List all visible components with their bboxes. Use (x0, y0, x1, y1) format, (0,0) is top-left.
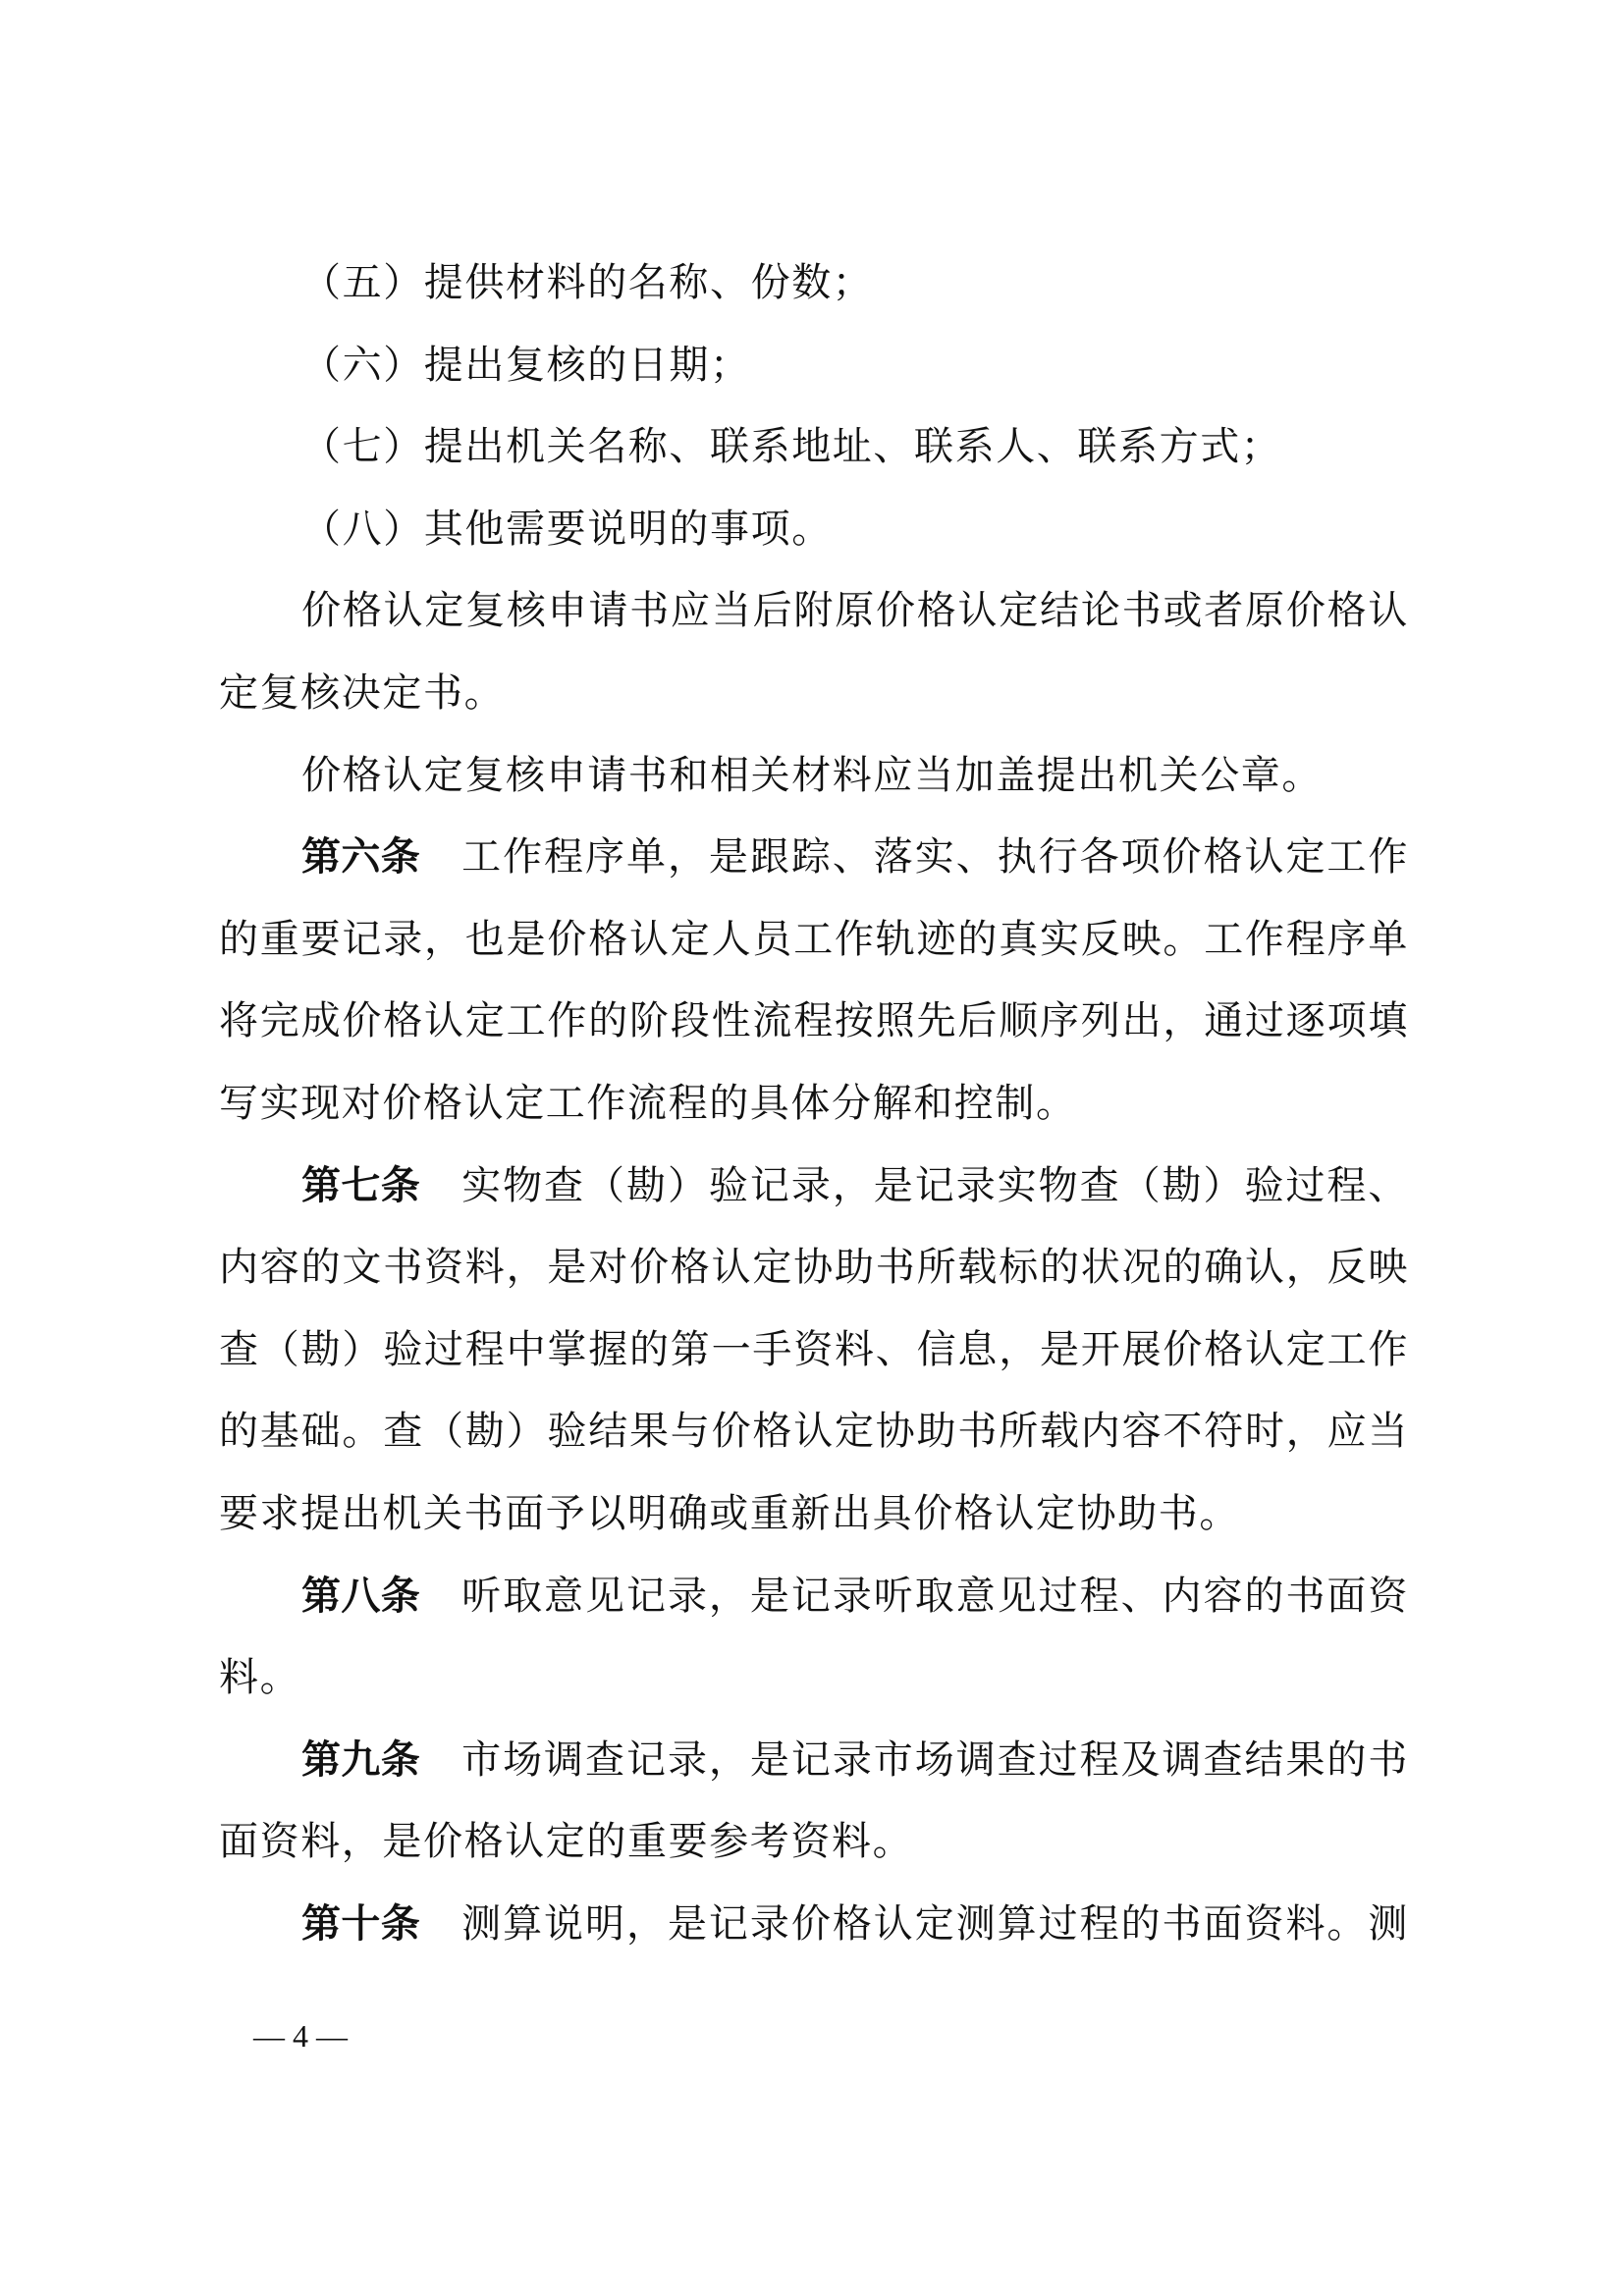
page-number: — 4 — (253, 2014, 348, 2057)
line-text: 工作程序单，是跟踪、落实、执行各项价格认定工作 (461, 834, 1409, 880)
line-text: （七）提出机关名称、联系地址、联系人、联系方式； (301, 424, 1281, 469)
article-7-line: 第七条实物查（勘）验记录，是记录实物查（勘）验过程、 (219, 1146, 1409, 1228)
list-item-six: （六）提出复核的日期； (219, 325, 1409, 407)
paragraph-line: 面资料，是价格认定的重要参考资料。 (219, 1801, 1409, 1884)
article-heading: 第七条 (301, 1163, 420, 1208)
article-9-line: 第九条市场调查记录，是记录市场调查过程及调查结果的书 (219, 1720, 1409, 1802)
list-item-seven: （七）提出机关名称、联系地址、联系人、联系方式； (219, 406, 1409, 489)
line-text: 要求提出机关书面予以明确或重新出具价格认定协助书。 (219, 1491, 1240, 1536)
line-text: 定复核决定书。 (219, 670, 505, 716)
line-text: 价格认定复核申请书应当后附原价格认定结论书或者原价格认 (301, 588, 1409, 633)
document-body: （五）提供材料的名称、份数； （六）提出复核的日期； （七）提出机关名称、联系地… (219, 242, 1409, 1965)
paragraph-line: 将完成价格认定工作的阶段性流程按照先后顺序列出，通过逐项填 (219, 981, 1409, 1063)
article-6-line: 第六条工作程序单，是跟踪、落实、执行各项价格认定工作 (219, 817, 1409, 899)
document-page: （五）提供材料的名称、份数； （六）提出复核的日期； （七）提出机关名称、联系地… (0, 0, 1623, 2296)
line-text: 的基础。查（勘）验结果与价格认定协助书所载内容不符时，应当 (219, 1409, 1409, 1454)
list-item-five: （五）提供材料的名称、份数； (219, 242, 1409, 325)
paragraph-line: 料。 (219, 1637, 1409, 1720)
line-text: 查（勘）验过程中掌握的第一手资料、信息，是开展价格认定工作 (219, 1327, 1409, 1372)
list-item-eight: （八）其他需要说明的事项。 (219, 489, 1409, 571)
paragraph-line: 要求提出机关书面予以明确或重新出具价格认定协助书。 (219, 1473, 1409, 1556)
line-text: 听取意见记录，是记录听取意见过程、内容的书面资 (461, 1574, 1409, 1619)
article-heading: 第六条 (301, 834, 420, 880)
paragraph-line: 查（勘）验过程中掌握的第一手资料、信息，是开展价格认定工作 (219, 1309, 1409, 1392)
article-heading: 第十条 (301, 1901, 420, 1947)
line-text: 实物查（勘）验记录，是记录实物查（勘）验过程、 (461, 1163, 1409, 1208)
line-text: 面资料，是价格认定的重要参考资料。 (219, 1819, 913, 1864)
line-text: 内容的文书资料，是对价格认定协助书所载标的状况的确认，反映 (219, 1245, 1409, 1290)
line-text: （五）提供材料的名称、份数； (301, 260, 873, 305)
line-text: 写实现对价格认定工作流程的具体分解和控制。 (219, 1081, 1077, 1126)
article-heading: 第八条 (301, 1574, 420, 1619)
paragraph-line: 定复核决定书。 (219, 653, 1409, 735)
line-text: 料。 (219, 1655, 300, 1700)
line-text: 市场调查记录，是记录市场调查过程及调查结果的书 (461, 1737, 1409, 1783)
paragraph-line: 的基础。查（勘）验结果与价格认定协助书所载内容不符时，应当 (219, 1391, 1409, 1473)
article-heading: 第九条 (301, 1737, 420, 1783)
line-text: （六）提出复核的日期； (301, 343, 751, 388)
article-10-line: 第十条测算说明，是记录价格认定测算过程的书面资料。测 (219, 1884, 1409, 1966)
paragraph-line: 内容的文书资料，是对价格认定协助书所载标的状况的确认，反映 (219, 1227, 1409, 1309)
article-8-line: 第八条听取意见记录，是记录听取意见过程、内容的书面资 (219, 1556, 1409, 1638)
paragraph-line: 价格认定复核申请书应当后附原价格认定结论书或者原价格认 (219, 570, 1409, 653)
line-text: 测算说明，是记录价格认定测算过程的书面资料。测 (461, 1901, 1409, 1947)
line-text: 价格认定复核申请书和相关材料应当加盖提出机关公章。 (301, 753, 1323, 798)
paragraph-line: 的重要记录，也是价格认定人员工作轨迹的真实反映。工作程序单 (219, 899, 1409, 982)
paragraph-line: 写实现对价格认定工作流程的具体分解和控制。 (219, 1063, 1409, 1146)
line-text: （八）其他需要说明的事项。 (301, 507, 833, 552)
line-text: 的重要记录，也是价格认定人员工作轨迹的真实反映。工作程序单 (219, 917, 1409, 962)
line-text: 将完成价格认定工作的阶段性流程按照先后顺序列出，通过逐项填 (219, 998, 1409, 1043)
paragraph-line: 价格认定复核申请书和相关材料应当加盖提出机关公章。 (219, 735, 1409, 818)
